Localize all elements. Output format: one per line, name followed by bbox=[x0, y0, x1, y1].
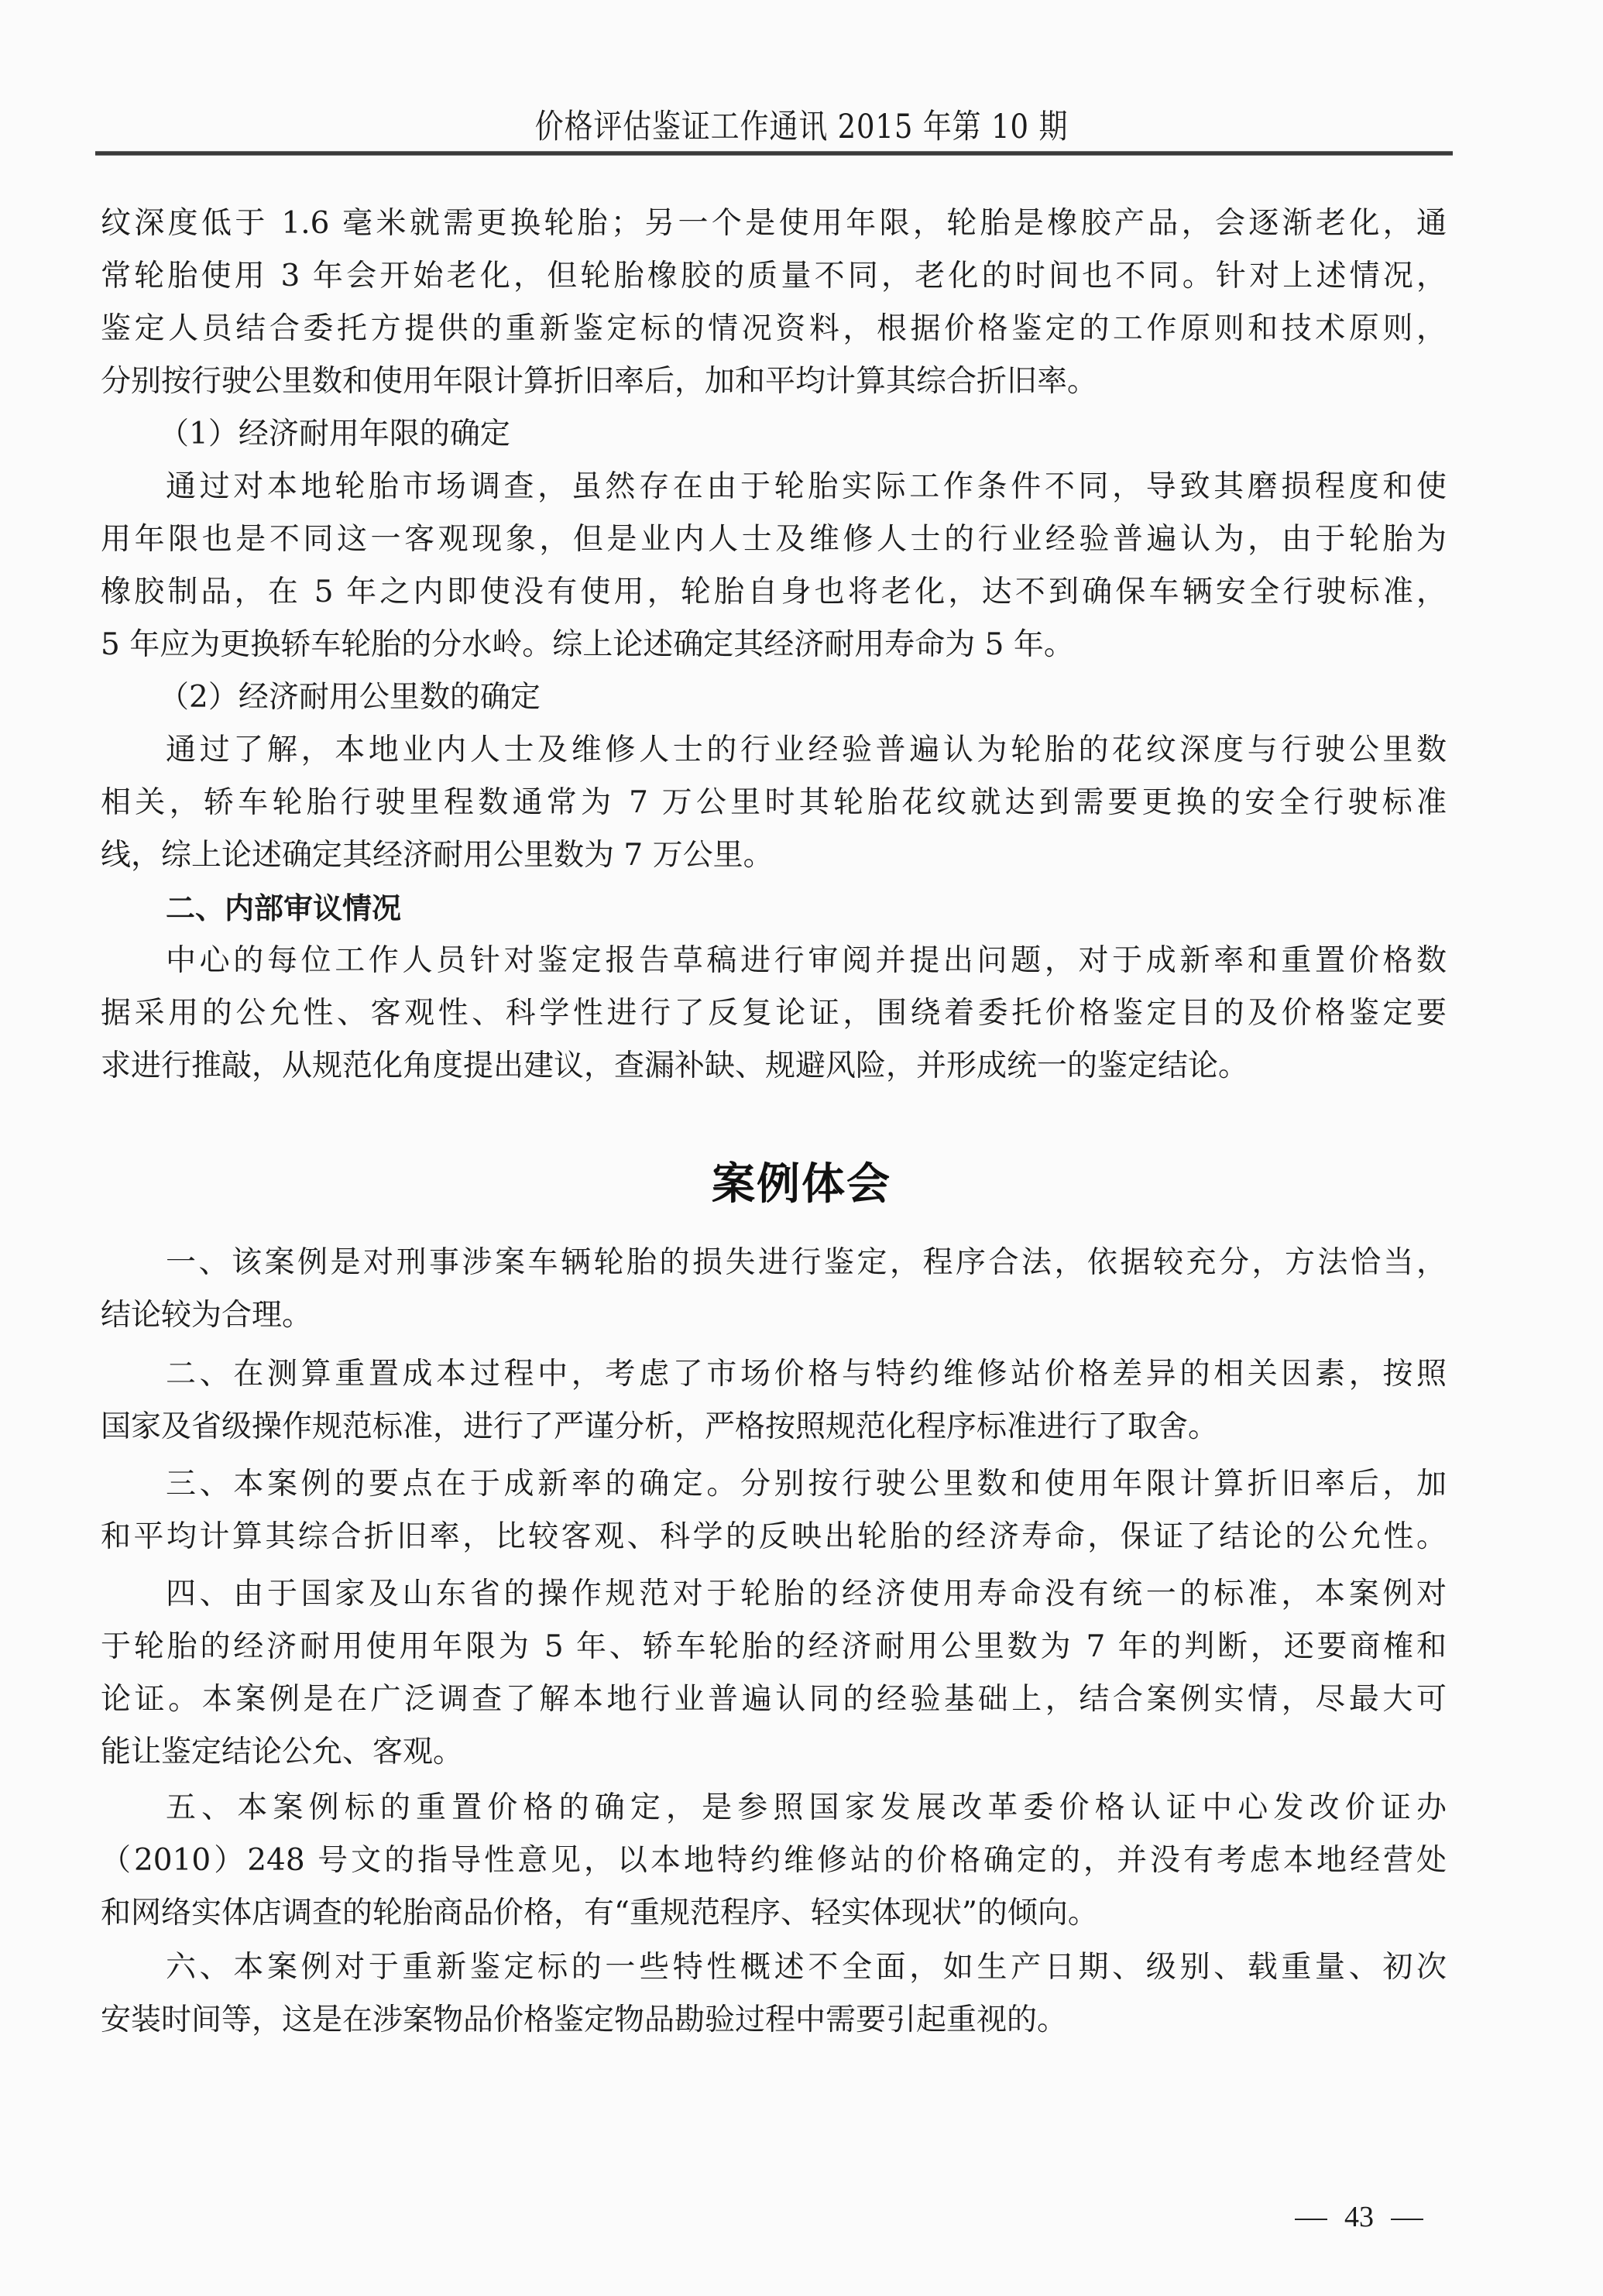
section-heading-internal-review: 二、内部审议情况 bbox=[166, 887, 401, 929]
body-line: 通过对本地轮胎市场调查，虽然存在由于轮胎实际工作条件不同，导致其磨损程度和使 bbox=[166, 466, 1447, 508]
body-line: 中心的每位工作人员针对鉴定报告草稿进行审阅并提出问题，对于成新率和重置价格数 bbox=[166, 940, 1447, 982]
page-number-value: 43 bbox=[1344, 2201, 1374, 2233]
document-page: 价格评估鉴证工作通讯 2015 年第 10 期 纹深度低于 1.6 毫米就需更换… bbox=[0, 0, 1603, 2296]
folio-dash-left bbox=[1295, 2219, 1327, 2220]
case-point-line: 结论较为合理。 bbox=[101, 1295, 1447, 1337]
case-point-line: 论证。本案例是在广泛调查了解本地行业普遍认同的经验基础上，结合案例实情，尽最大可 bbox=[101, 1679, 1447, 1721]
body-line: 纹深度低于 1.6 毫米就需更换轮胎；另一个是使用年限，轮胎是橡胶产品，会逐渐老… bbox=[101, 203, 1447, 245]
running-head-title: 价格评估鉴证工作通讯 2015 年第 10 期 bbox=[112, 104, 1491, 150]
body-line: 5 年应为更换轿车轮胎的分水岭。综上论述确定其经济耐用寿命为 5 年。 bbox=[101, 624, 1447, 666]
case-point-line: 三、本案例的要点在于成新率的确定。分别按行驶公里数和使用年限计算折旧率后，加 bbox=[166, 1464, 1447, 1505]
body-line: 相关，轿车轮胎行驶里程数通常为 7 万公里时其轮胎花纹就达到需要更换的安全行驶标… bbox=[101, 782, 1447, 824]
subsection-heading-1: （1）经济耐用年限的确定 bbox=[159, 414, 510, 455]
body-line: 通过了解，本地业内人士及维修人士的行业经验普遍认为轮胎的花纹深度与行驶公里数 bbox=[166, 729, 1447, 771]
page-number: 43 bbox=[1278, 2198, 1440, 2236]
case-point-line: 五、本案例标的重置价格的确定，是参照国家发展改革委价格认证中心发改价证办 bbox=[166, 1787, 1447, 1829]
subsection-heading-2: （2）经济耐用公里数的确定 bbox=[159, 677, 541, 719]
body-line: 据采用的公允性、客观性、科学性进行了反复论证，围绕着委托价格鉴定目的及价格鉴定要 bbox=[101, 993, 1447, 1035]
case-point-line: 能让鉴定结论公允、客观。 bbox=[101, 1731, 1447, 1773]
case-point-line: 二、在测算重置成本过程中，考虑了市场价格与特约维修站价格差异的相关因素，按照 bbox=[166, 1354, 1447, 1395]
section-title-case-review: 案例体会 bbox=[0, 1156, 1603, 1212]
case-point-line: （2010）248 号文的指导性意见，以本地特约维修站的价格确定的，并没有考虑本… bbox=[101, 1840, 1447, 1882]
body-line: 求进行推敲，从规范化角度提出建议，查漏补缺、规避风险，并形成统一的鉴定结论。 bbox=[101, 1045, 1447, 1087]
body-line: 分别按行驶公里数和使用年限计算折旧率后，加和平均计算其综合折旧率。 bbox=[101, 361, 1447, 403]
folio-dash-right bbox=[1391, 2219, 1423, 2220]
body-line: 用年限也是不同这一客观现象，但是业内人士及维修人士的行业经验普遍认为，由于轮胎为 bbox=[101, 519, 1447, 561]
case-point-line: 安装时间等，这是在涉案物品价格鉴定物品勘验过程中需要引起重视的。 bbox=[101, 1999, 1447, 2041]
case-point-line: 国家及省级操作规范标准，进行了严谨分析，严格按照规范化程序标准进行了取舍。 bbox=[101, 1406, 1447, 1448]
case-point-line: 六、本案例对于重新鉴定标的一些特性概述不全面，如生产日期、级别、载重量、初次 bbox=[166, 1947, 1447, 1989]
body-line: 线，综上论述确定其经济耐用公里数为 7 万公里。 bbox=[101, 835, 1447, 877]
case-point-line: 于轮胎的经济耐用使用年限为 5 年、轿车轮胎的经济耐用公里数为 7 年的判断，还… bbox=[101, 1626, 1447, 1668]
body-line: 鉴定人员结合委托方提供的重新鉴定标的情况资料，根据价格鉴定的工作原则和技术原则， bbox=[101, 308, 1447, 350]
case-point-line: 四、由于国家及山东省的操作规范对于轮胎的经济使用寿命没有统一的标准，本案例对 bbox=[166, 1574, 1447, 1615]
case-point-line: 和平均计算其综合折旧率，比较客观、科学的反映出轮胎的经济寿命，保证了结论的公允性… bbox=[101, 1516, 1447, 1558]
body-line: 常轮胎使用 3 年会开始老化，但轮胎橡胶的质量不同，老化的时间也不同。针对上述情… bbox=[101, 256, 1447, 297]
case-point-line: 和网络实体店调查的轮胎商品价格，有“重规范程序、轻实体现状”的倾向。 bbox=[101, 1893, 1447, 1934]
body-line: 橡胶制品，在 5 年之内即使没有使用，轮胎自身也将老化，达不到确保车辆安全行驶标… bbox=[101, 571, 1447, 613]
case-point-line: 一、该案例是对刑事涉案车辆轮胎的损失进行鉴定，程序合法，依据较充分，方法恰当， bbox=[166, 1242, 1447, 1284]
header-rule bbox=[95, 151, 1453, 156]
